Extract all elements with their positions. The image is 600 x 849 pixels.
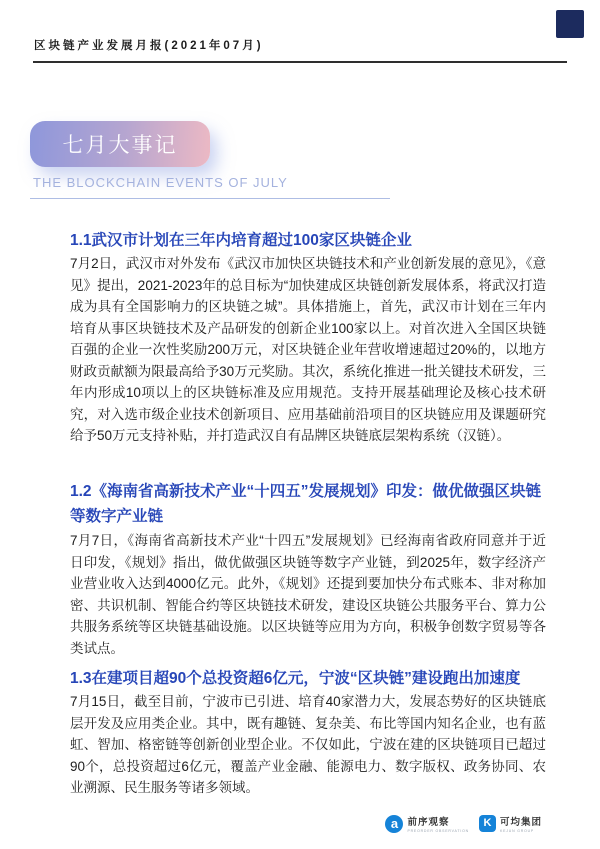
- report-page: 区块链产业发展月报(2021年07月) 七月大事记 THE BLOCKCHAIN…: [0, 0, 600, 849]
- month-events-badge: 七月大事记: [30, 121, 210, 167]
- events-subtitle: THE BLOCKCHAIN EVENTS OF JULY: [33, 175, 288, 190]
- section-1-3-body: 7月15日，截至目前，宁波市已引进、培育40家潜力大，发展态势好的区块链底层开发…: [70, 691, 546, 799]
- section-1-2-heading: 1.2《海南省高新技术产业“十四五”发展规划》印发：做优做强区块链等数字产业链: [70, 479, 554, 529]
- keyun-brand-caption: KEJUN GROUP: [500, 829, 542, 833]
- subtitle-divider: [30, 198, 390, 199]
- brand-keyun: K 可均集团 KEJUN GROUP: [479, 814, 542, 833]
- section-1-1-heading: 1.1武汉市计划在三年内培育超过100家区块链企业: [70, 228, 554, 253]
- keyun-brand-name: 可均集团: [500, 814, 542, 828]
- header-divider: [33, 61, 567, 63]
- report-header-title: 区块链产业发展月报(2021年07月): [34, 37, 264, 53]
- qianxu-logo-icon: a: [385, 815, 403, 833]
- corner-marker: [556, 10, 584, 38]
- footer-brands: a 前序观察 PREORDER OBSERVATION K 可均集团 KEJUN…: [385, 814, 542, 833]
- qianxu-brand-caption: PREORDER OBSERVATION: [407, 829, 469, 833]
- section-1-1-body: 7月2日，武汉市对外发布《武汉市加快区块链技术和产业创新发展的意见》，《意见》提…: [70, 253, 546, 447]
- qianxu-brand-name: 前序观察: [407, 814, 469, 828]
- section-1-2-body: 7月7日，《海南省高新技术产业“十四五”发展规划》已经海南省政府同意并于近日印发…: [70, 530, 546, 659]
- keyun-logo-icon: K: [479, 815, 496, 832]
- brand-qianxu: a 前序观察 PREORDER OBSERVATION: [385, 814, 469, 833]
- section-1-3-heading: 1.3在建项目超90个总投资超6亿元，宁波“区块链”建设跑出加速度: [70, 666, 554, 691]
